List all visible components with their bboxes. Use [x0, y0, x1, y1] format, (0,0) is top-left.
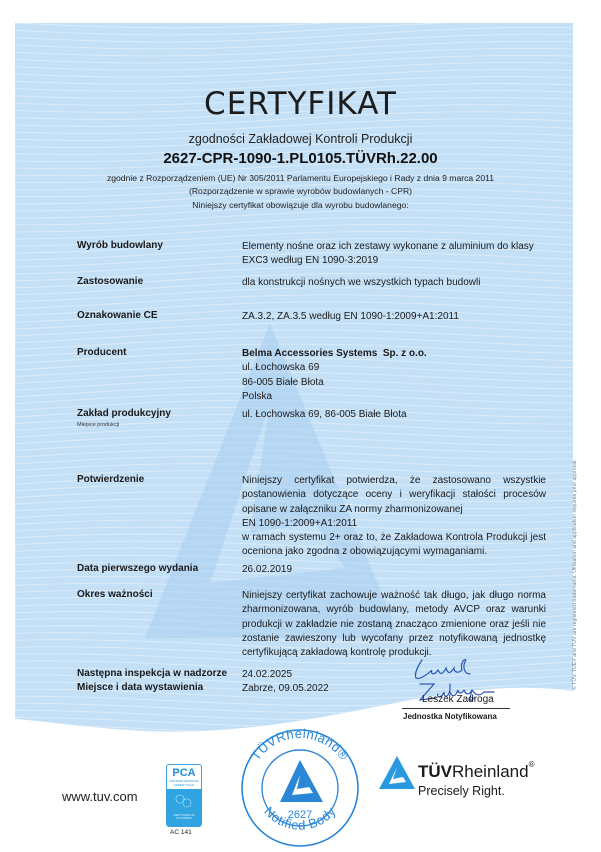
value-line: dla konstrukcji nośnych we wszystkich ty…: [242, 276, 546, 290]
field-label: Data pierwszego wydania: [77, 563, 237, 574]
value-line: Polska: [242, 390, 546, 404]
value-line: Elementy nośne oraz ich zestawy wykonane…: [242, 240, 546, 254]
field-value: ul. Łochowska 69, 86-005 Białe Błota: [242, 408, 546, 422]
value-line: EN 1090-1:2009+A1:2011: [242, 517, 546, 531]
value-line: ZA.3.2, ZA.3.5 według EN 1090-1:2009+A1:…: [242, 310, 546, 324]
tuv-rheinland-triangle-icon: [378, 755, 416, 791]
field-label: Miejsce i data wystawienia: [77, 682, 237, 693]
brand-bold: TÜV: [418, 762, 452, 781]
registered-mark: ®: [529, 760, 535, 769]
signer-name: Leszek Zadroga: [422, 694, 494, 705]
field-value: ZA.3.2, ZA.3.5 według EN 1090-1:2009+A1:…: [242, 310, 546, 324]
value-line: EXC3 według EN 1090-3:2019: [242, 254, 546, 268]
value-line: zostanie zawieszony lub wycofany przez n…: [242, 632, 546, 646]
field-label: Potwierdzenie: [77, 474, 237, 485]
value-line: 86-005 Białe Błota: [242, 376, 546, 390]
trademark-notice: © TÜV, TUEV and TUV are registered trade…: [572, 459, 578, 690]
regulation-line: zgodnie z Rozporządzeniem (UE) Nr 305/20…: [0, 173, 601, 183]
gear-icon: [167, 789, 201, 813]
value-line: ul. Łochowska 69: [242, 361, 546, 375]
pca-text: AKREDYTACJI: [167, 784, 201, 788]
field-value: Niniejszy certyfikat potwierdza, że zast…: [242, 474, 546, 560]
pca-bottom-text: WYROBÓW: [167, 817, 201, 820]
value-line: ul. Łochowska 69, 86-005 Białe Błota: [242, 408, 546, 422]
field-value: 24.02.2025: [242, 668, 546, 682]
regulation-line: (Rozporządzenie w sprawie wyrobów budowl…: [0, 186, 601, 196]
tuv-rheinland-wordmark: TÜVRheinland®: [418, 762, 534, 782]
value-line: Niniejszy certyfikat potwierdza, że zast…: [242, 474, 546, 488]
brand-regular: Rheinland: [452, 762, 529, 781]
field-value: Belma Accessories Systems Sp. z o.o. ul.…: [242, 347, 546, 404]
field-value: Niniejszy certyfikat zachowuje ważność t…: [242, 589, 546, 660]
field-sublabel: Miejsce produkcji: [77, 422, 119, 428]
tuv-slogan: Precisely Right.: [418, 784, 505, 798]
website-link[interactable]: www.tuv.com: [62, 789, 138, 804]
value-line: zharmonizowana, wyrób budowlany, metody …: [242, 603, 546, 617]
seal-number: 2627: [288, 809, 312, 821]
pca-accreditation-logo: PCA POLSKIE CENTRUM AKREDYTACJI CERTYFIK…: [166, 764, 202, 827]
value-line: postanowienia dotyczące oceny i weryfika…: [242, 488, 546, 502]
certificate-subtitle: zgodności Zakładowej Kontroli Produkcji: [0, 132, 601, 146]
field-label: Zastosowanie: [77, 276, 237, 287]
value-line: produkcji w zakładzie nie zostaną znaczą…: [242, 618, 546, 632]
certificate-title: CERTYFIKAT: [0, 86, 601, 122]
value-line: oceniona jako zgodna z obowiązującymi wy…: [242, 545, 546, 559]
value-line: 26.02.2019: [242, 563, 546, 577]
field-label: Okres ważności: [77, 589, 237, 600]
certificate-number: 2627-CPR-1090-1.PL0105.TÜVRh.22.00: [0, 150, 601, 167]
value-line: Zabrze, 09.05.2022: [242, 682, 546, 696]
field-label: Producent: [77, 347, 237, 358]
field-value: 26.02.2019: [242, 563, 546, 577]
field-value: Elementy nośne oraz ich zestawy wykonane…: [242, 240, 546, 269]
field-label: Wyrób budowlany: [77, 240, 237, 251]
value-line: certyfikującą zakładową kontrolę produkc…: [242, 646, 546, 660]
regulation-line: Niniejszy certyfikat obowiązuje dla wyro…: [0, 200, 601, 210]
value-line: Belma Accessories Systems Sp. z o.o.: [242, 347, 546, 361]
field-label: Zakład produkcyjny: [77, 408, 237, 419]
pca-accreditation-code: AC 141: [170, 829, 192, 836]
value-line: opisane w załączniku ZA normy zharmonizo…: [242, 503, 546, 517]
field-label: Oznakowanie CE: [77, 310, 237, 321]
field-value: Zabrze, 09.05.2022: [242, 682, 546, 696]
field-value: dla konstrukcji nośnych we wszystkich ty…: [242, 276, 546, 290]
notified-body-seal: TÜVRheinland® Notified Body 2627: [233, 722, 367, 848]
value-line: 24.02.2025: [242, 668, 546, 682]
signer-role: Jednostka Notyfikowana: [403, 712, 497, 721]
value-line: w ramach systemu 2+ oraz to, że Zakładow…: [242, 531, 546, 545]
signature-line: [402, 708, 510, 709]
value-line: Niniejszy certyfikat zachowuje ważność t…: [242, 589, 546, 603]
field-label: Następna inspekcja w nadzorze: [77, 668, 237, 679]
